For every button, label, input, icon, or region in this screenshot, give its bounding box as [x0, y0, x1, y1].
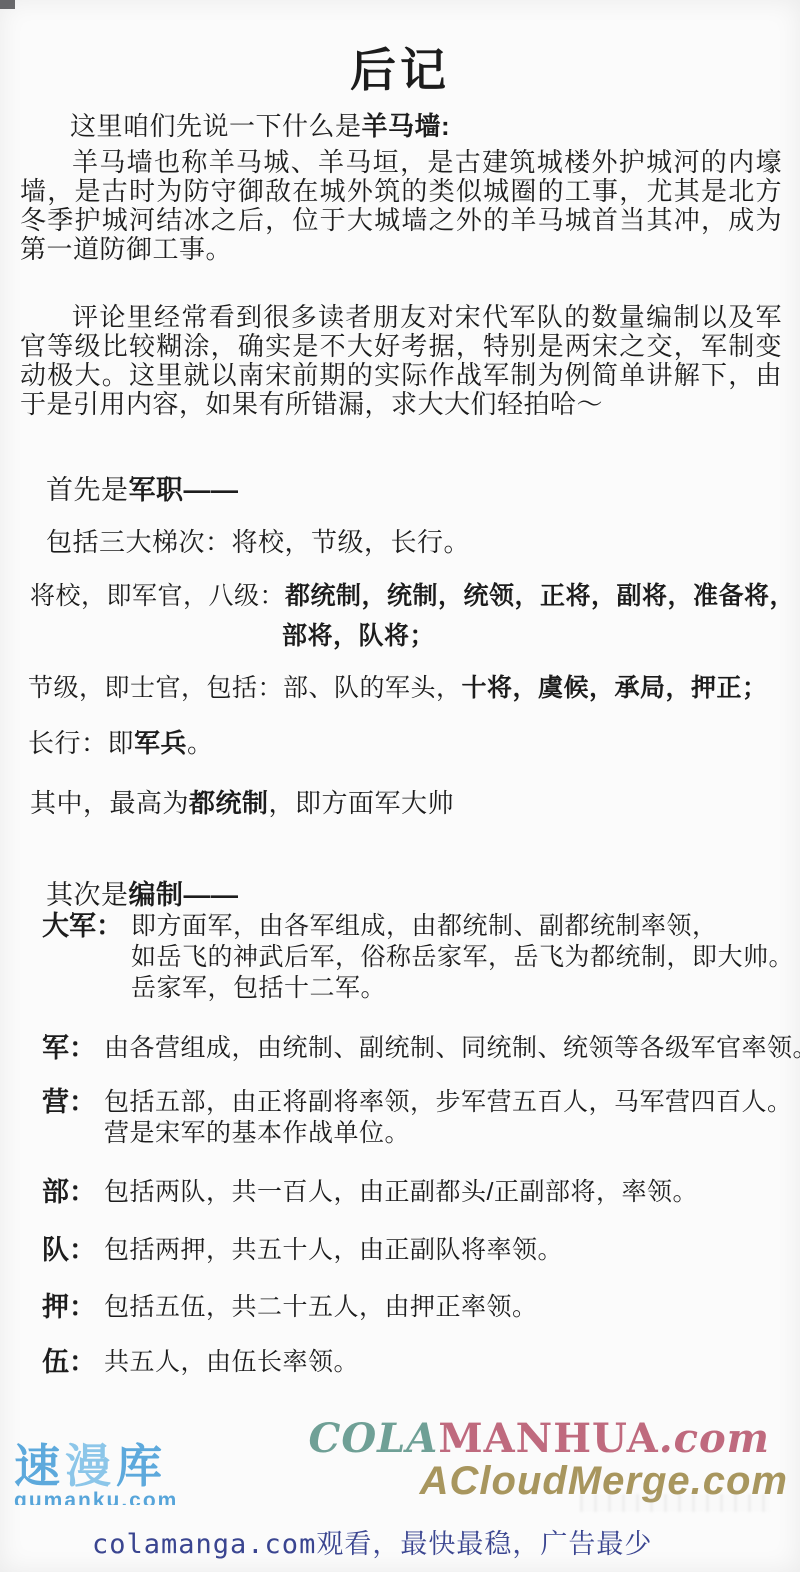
sumanku-domain: qumanku.com: [14, 1491, 178, 1505]
definition-row: 大军：即方面军，由各军组成，由都统制、副都统制率领，如岳飞的神武后军，俗称岳家军…: [42, 911, 794, 1004]
page-title: 后记: [0, 34, 800, 100]
definition-text: 共五人，由伍长率领。: [104, 1347, 359, 1378]
definition-text: 包括五部，由正将副将率领，步军营五百人，马军营四百人。营是宋军的基本作战单位。: [104, 1087, 793, 1149]
faint-watermark: [580, 1494, 770, 1512]
highest-rank-line: 其中，最高为都统制，即方面军大帅: [30, 783, 454, 820]
definition-line: 由各营组成，由统制、副统制、同统制、统领等各级军官率领。: [104, 1033, 800, 1064]
officer-ranks-block: 将校，即军官，八级：都统制，统制，统领，正将，副将，准备将， 部将，队将；: [30, 576, 795, 656]
definition-text: 由各营组成，由统制、副统制、同统制、统领等各级军官率领。: [104, 1033, 800, 1064]
definition-text: 包括两队，共一百人，由正副都头/正副部将，率领。: [104, 1177, 698, 1208]
colamanhua-logo-line: COLAMANHUA.com: [309, 1418, 789, 1460]
tiers-line: 包括三大梯次：将校，节级，长行。: [46, 522, 470, 559]
paragraph-yangmaqiang: 羊马墙也称羊马城、羊马垣，是古建筑城楼外护城河的内壕墙，是古时为防守御敌在城外筑…: [20, 148, 782, 264]
definition-term: 押：: [42, 1292, 96, 1323]
definition-text: 包括五伍，共二十五人，由押正率领。: [104, 1292, 538, 1323]
colamanhua-logo: COLAMANHUA.com ACloudMerge.com: [309, 1418, 789, 1502]
definition-line: 如岳飞的神武后军，俗称岳家军，岳飞为都统制，即大帅。: [131, 942, 794, 973]
heading-organization: 其次是编制——: [46, 873, 239, 912]
changxing-post: 。: [187, 728, 214, 758]
sumanku-char-3: 库: [116, 1440, 167, 1492]
definition-line: 包括两队，共一百人，由正副都头/正副部将，率领。: [104, 1177, 698, 1208]
ranks-bold-1: 都统制，统制，统领，正将，副将，准备将，: [285, 582, 795, 610]
afterword-page: 后记 这里咱们先说一下什么是羊马墙: 羊马墙也称羊马城、羊马垣，是古建筑城楼外护…: [0, 0, 800, 1572]
definition-term: 营：: [42, 1087, 96, 1118]
changxing-bold: 军兵: [134, 728, 187, 758]
changxing-pre: 长行：即: [28, 728, 134, 758]
definition-term: 队：: [42, 1235, 96, 1266]
definition-line: 包括五伍，共二十五人，由押正率领。: [104, 1292, 538, 1323]
heading-2-term: 编制: [129, 880, 184, 910]
intro-line: 这里咱们先说一下什么是羊马墙:: [70, 106, 450, 143]
cola-dotcom-text: .com: [659, 1415, 770, 1462]
definition-line: 岳家军，包括十二军。: [131, 973, 794, 1004]
sumanku-logo: 速漫库 qumanku.com: [14, 1441, 178, 1505]
sumanku-char-2: 漫: [65, 1440, 116, 1492]
scan-corner-mark: [0, 0, 15, 9]
definition-text: 包括两押，共五十人，由正副队将率领。: [104, 1235, 563, 1266]
footer-tagline: colamanga.com观看，最快最稳，广告最少: [92, 1522, 652, 1561]
soldier-line: 长行：即军兵。: [28, 723, 214, 760]
definition-row: 营：包括五部，由正将副将率领，步军营五百人，马军营四百人。营是宋军的基本作战单位…: [42, 1087, 793, 1149]
intro-term: 羊马墙:: [362, 111, 451, 141]
heading-2-pre: 其次是: [46, 880, 129, 910]
definition-line: 营是宋军的基本作战单位。: [104, 1118, 793, 1149]
heading-2-dash: ——: [184, 880, 239, 910]
definition-row: 押：包括五伍，共二十五人，由押正率领。: [42, 1292, 538, 1323]
heading-1-pre: 首先是: [46, 475, 129, 505]
definition-line: 共五人，由伍长率领。: [104, 1347, 359, 1378]
ranks-line-2: 部将，队将；: [282, 616, 795, 656]
definition-line: 即方面军，由各军组成，由都统制、副都统制率领，: [131, 911, 794, 942]
ranks-pre: 将校，即军官，八级：: [30, 582, 285, 610]
sumanku-char-1: 速: [14, 1440, 65, 1492]
heading-military-ranks: 首先是军职——: [46, 468, 239, 507]
intro-text: 这里咱们先说一下什么是: [70, 111, 362, 141]
jieji-pre: 节级，即士官，包括：部、队的军头，: [28, 674, 462, 702]
definition-row: 部：包括两队，共一百人，由正副都头/正副部将，率领。: [42, 1177, 698, 1208]
definition-term: 伍：: [42, 1347, 96, 1378]
ranks-line-1: 将校，即军官，八级：都统制，统制，统领，正将，副将，准备将，: [30, 576, 795, 616]
qizhong-bold: 都统制: [189, 788, 269, 818]
definition-line: 包括两押，共五十人，由正副队将率领。: [104, 1235, 563, 1266]
nco-ranks-line: 节级，即士官，包括：部、队的军头，十将，虞候，承局，押正；: [28, 668, 768, 704]
cola-logo-text: COLA: [309, 1415, 439, 1462]
paragraph-commentary: 评论里经常看到很多读者朋友对宋代军队的数量编制以及军官等级比较糊涂，确实是不大好…: [20, 303, 782, 419]
qizhong-post: ，即方面军大帅: [269, 788, 455, 818]
definition-row: 队：包括两押，共五十人，由正副队将率领。: [42, 1235, 563, 1266]
definition-term: 军：: [42, 1033, 96, 1064]
definition-term: 部：: [42, 1177, 96, 1208]
definition-row: 军：由各营组成，由统制、副统制、同统制、统领等各级军官率领。: [42, 1033, 800, 1064]
heading-1-term: 军职: [129, 475, 184, 505]
jieji-bold: 十将，虞候，承局，押正；: [462, 674, 768, 702]
definition-row: 伍：共五人，由伍长率领。: [42, 1347, 359, 1378]
definition-line: 包括五部，由正将副将率领，步军营五百人，马军营四百人。: [104, 1087, 793, 1118]
sumanku-logo-text: 速漫库: [14, 1441, 178, 1491]
definition-text: 即方面军，由各军组成，由都统制、副都统制率领，如岳飞的神武后军，俗称岳家军，岳飞…: [131, 911, 794, 1004]
qizhong-pre: 其中，最高为: [30, 788, 189, 818]
heading-1-dash: ——: [184, 475, 239, 505]
definition-term: 大军：: [42, 911, 123, 942]
manhua-logo-text: MANHUA: [438, 1415, 658, 1462]
